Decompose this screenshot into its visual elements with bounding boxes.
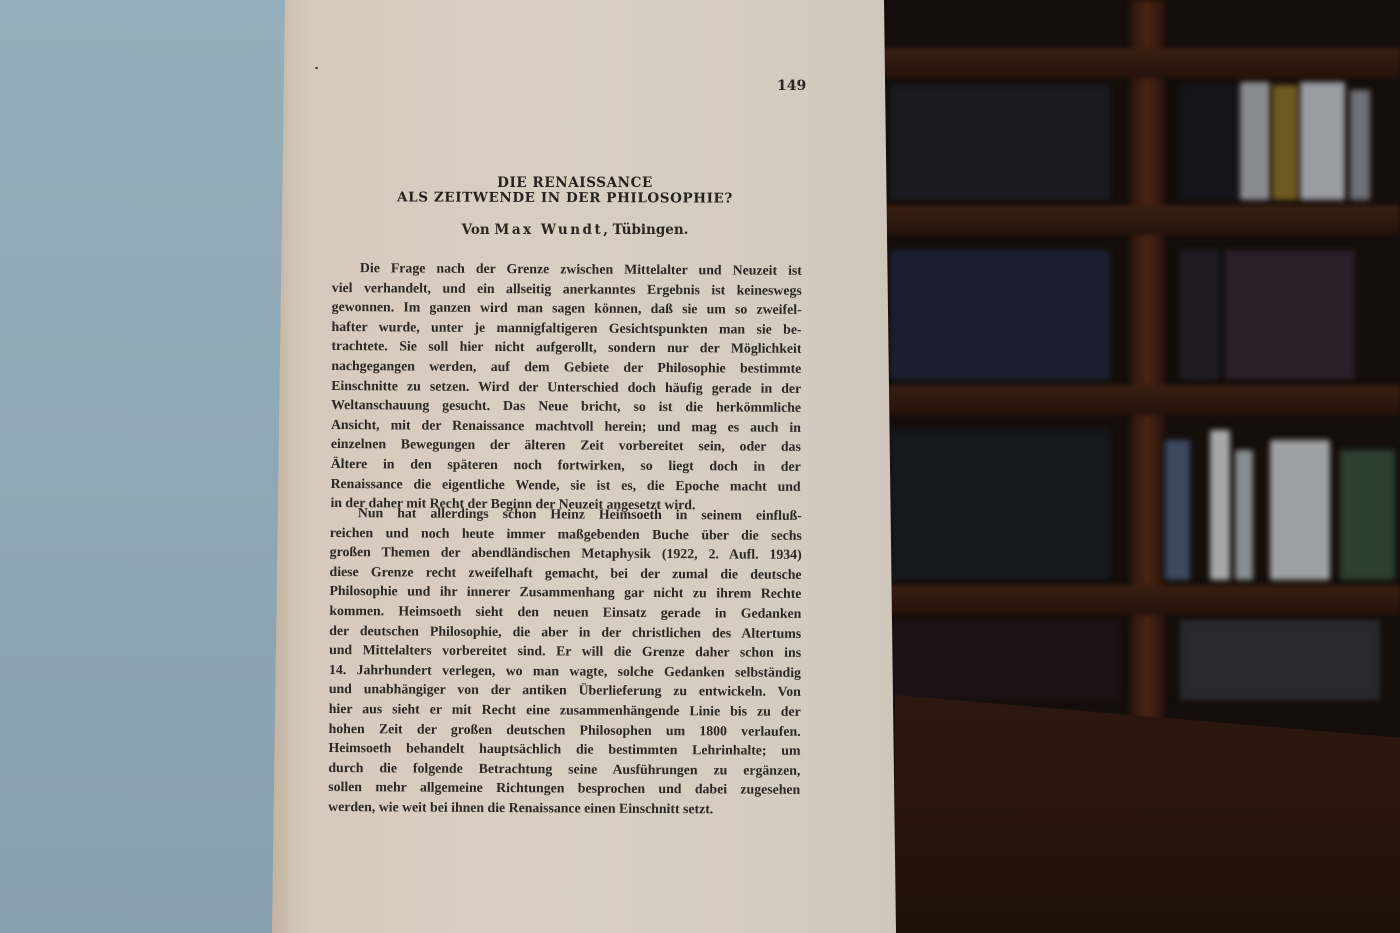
byline-suffix: , Tübingen. <box>603 222 688 238</box>
book-spine <box>1180 250 1220 380</box>
text-line: Ältere in den späteren noch fortwirken, … <box>331 454 801 476</box>
text-line: nachgegangen werden, auf dem Gebiete der… <box>331 356 801 378</box>
text-line: Nun hat allerdings schon Heinz Heimsoeth… <box>330 503 802 525</box>
book-spine <box>1225 250 1355 380</box>
paper-speck <box>315 67 318 69</box>
book-spines <box>890 85 1110 200</box>
text-line: hier aus sieht er mit Recht eine zusamme… <box>329 699 801 721</box>
book-spines <box>890 430 1110 580</box>
paragraph-2: Nun hat allerdings schon Heinz Heimsoeth… <box>328 503 802 819</box>
text-line: werden, wie weit bei ihnen die Renaissan… <box>328 797 800 819</box>
shelf-board <box>880 48 1400 78</box>
text-line: kommen. Heimsoeth sieht den neuen Einsat… <box>329 601 801 623</box>
text-line: großen Themen der abendländischen Metaph… <box>330 542 802 564</box>
byline-author: Max Wundt <box>494 222 603 238</box>
text-line: und Mittelalters vorbereitet sind. Er wi… <box>329 640 801 662</box>
article-byline: Von Max Wundt, Tübingen. <box>330 222 820 238</box>
article-title-line-2: ALS ZEITWENDE IN DER PHILOSOPHIE? <box>320 189 810 207</box>
book-spine <box>1350 90 1370 200</box>
book-spine <box>1240 82 1270 200</box>
book-spine <box>1300 82 1345 200</box>
book-spine <box>1180 85 1240 200</box>
book-spine <box>1165 440 1190 580</box>
text-line: Weltanschauung gesucht. Das Neue bricht,… <box>331 395 801 417</box>
blue-book-cover-background <box>0 0 300 933</box>
book-spine <box>1270 440 1330 580</box>
book-spine <box>1272 85 1298 200</box>
page-number: 149 <box>777 78 806 94</box>
text-line: Heimsoeth behandelt hauptsächlich die be… <box>328 738 800 760</box>
shelf-board <box>880 585 1400 615</box>
shelf-board <box>880 385 1400 415</box>
book-spines <box>890 250 1110 380</box>
text-line: Die Frage nach der Grenze zwischen Mitte… <box>332 258 802 280</box>
book-spine <box>1210 430 1230 580</box>
book-spine <box>1340 450 1395 580</box>
text-line: gewonnen. Im ganzen wird man sagen könne… <box>332 297 802 319</box>
shelf-board <box>880 205 1400 235</box>
book-spine <box>1235 450 1253 580</box>
book-spines <box>1180 620 1380 700</box>
text-line: sollen mehr allgemeine Richtungen bespro… <box>328 777 800 799</box>
book-spines <box>890 620 1120 700</box>
paragraph-1: Die Frage nach der Grenze zwischen Mitte… <box>330 258 802 516</box>
byline-prefix: Von <box>462 222 490 238</box>
